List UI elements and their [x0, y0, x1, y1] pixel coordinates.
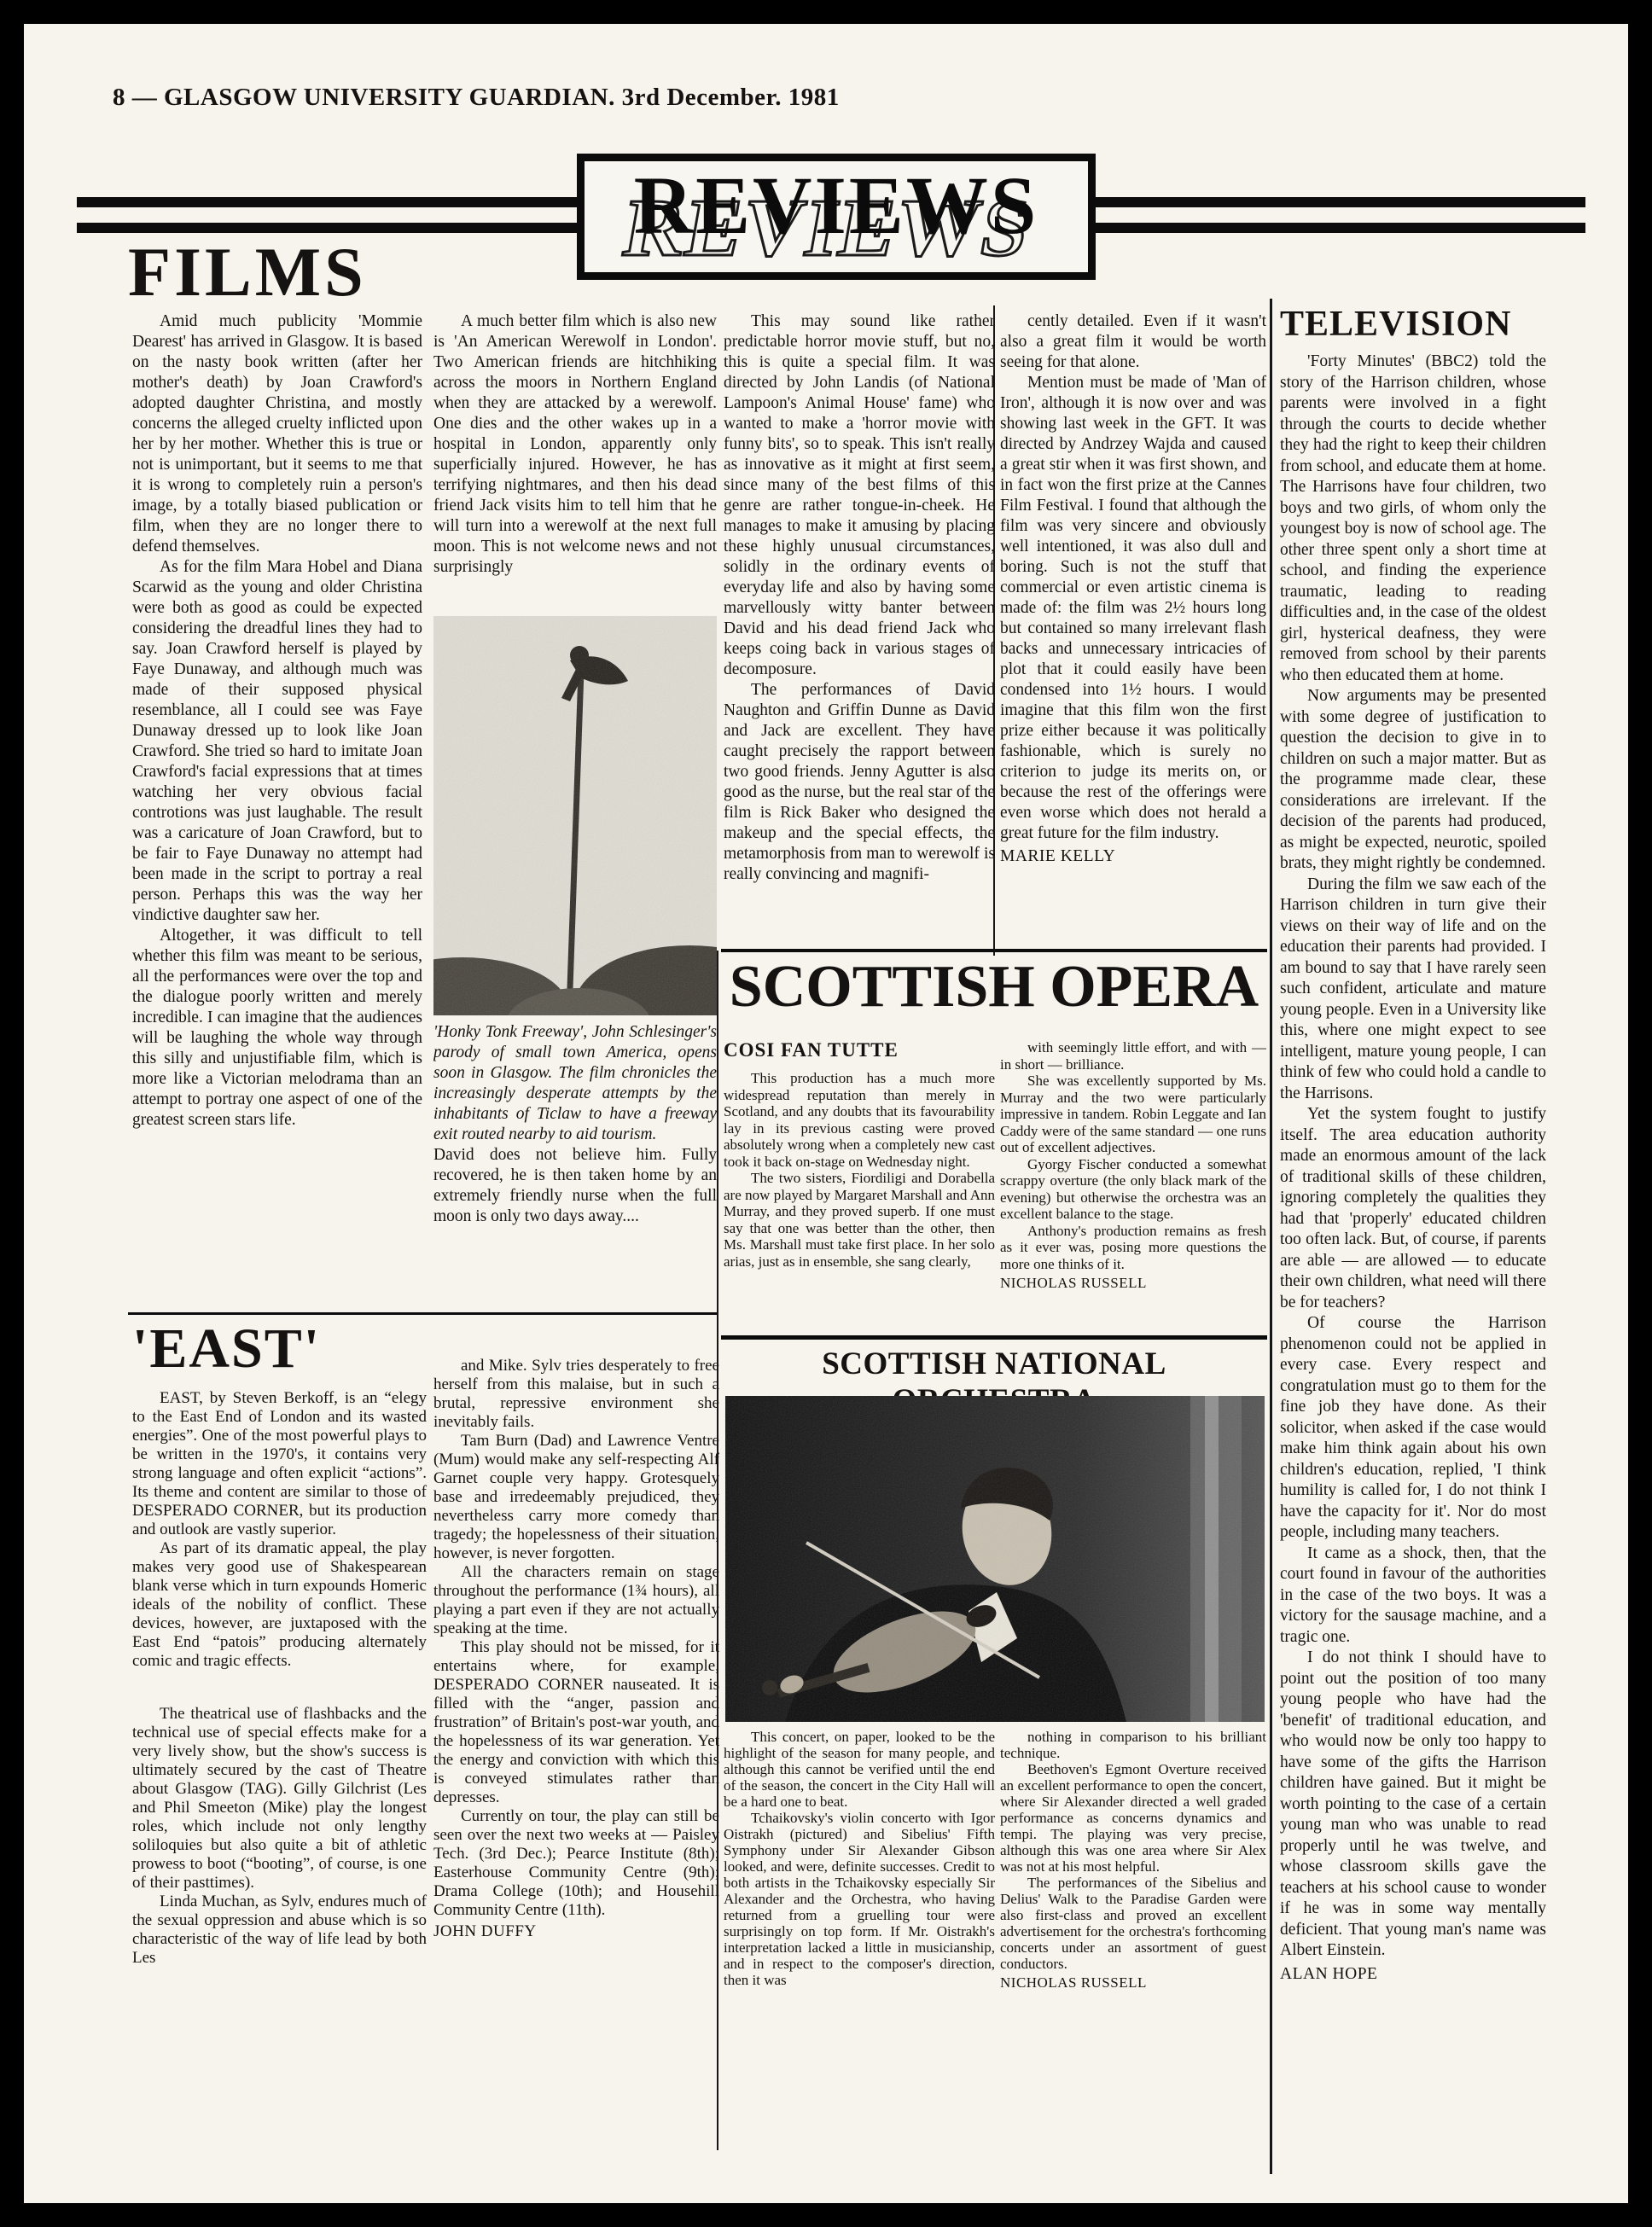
- paragraph: Tchaikovsky's violin concerto with Igor …: [724, 1810, 995, 1988]
- masthead-rule: [77, 197, 577, 207]
- opera-column-2: with seemingly little effort, and with —…: [1000, 1039, 1266, 1331]
- paragraph: The performances of the Sibelius and Del…: [1000, 1875, 1266, 1972]
- east-byline: JOHN DUFFY: [433, 1922, 719, 1941]
- paragraph: Now arguments may be presented with some…: [1280, 686, 1546, 875]
- paragraph: Yet the system fought to justify itself.…: [1280, 1104, 1546, 1313]
- masthead-rule: [77, 223, 577, 233]
- paragraph: This concert, on paper, looked to be the…: [724, 1729, 995, 1810]
- paragraph: Altogether, it was difficult to tell whe…: [132, 926, 422, 1131]
- paragraph: A much better film which is also new is …: [433, 311, 717, 578]
- films-column-4: cently detailed. Even if it wasn't also …: [1000, 311, 1266, 953]
- paragraph: Anthony's production remains as fresh as…: [1000, 1223, 1266, 1273]
- east-column-2: and Mike. Sylv tries desperately to free…: [433, 1357, 719, 2174]
- reviews-banner: REVIEWS REVIEWS: [577, 154, 1096, 280]
- paragraph: 'Honky Tonk Freeway', John Schlesinger's…: [433, 1022, 717, 1145]
- sno-byline: NICHOLAS RUSSELL: [1000, 1974, 1266, 1991]
- paragraph: Amid much publicity 'Mommie Dearest' has…: [132, 311, 422, 557]
- paragraph: She was excellently supported by Ms. Mur…: [1000, 1073, 1266, 1156]
- films-column-2-bottom: 'Honky Tonk Freeway', John Schlesinger's…: [433, 1022, 717, 1321]
- paragraph: cently detailed. Even if it wasn't also …: [1000, 311, 1266, 373]
- east-column-2-body: and Mike. Sylv tries desperately to free…: [433, 1357, 719, 1920]
- films-column-3: This may sound like rather predictable h…: [724, 311, 995, 953]
- opera-top-rule: [721, 949, 1267, 952]
- masthead-rule: [1096, 197, 1585, 207]
- television-section-title: TELEVISION: [1280, 305, 1546, 343]
- edition-line: 8 — GLASGOW UNIVERSITY GUARDIAN. 3rd Dec…: [113, 84, 840, 112]
- films-column-1: Amid much publicity 'Mommie Dearest' has…: [132, 311, 422, 1314]
- east-section-title: 'EAST': [132, 1321, 321, 1377]
- opera-column-2-body: with seemingly little effort, and with —…: [1000, 1039, 1266, 1272]
- television-body: 'Forty Minutes' (BBC2) told the story of…: [1280, 352, 1546, 1962]
- paragraph: EAST, by Steven Berkoff, is an “elegy to…: [132, 1389, 427, 1539]
- paragraph: As part of its dramatic appeal, the play…: [132, 1539, 427, 1671]
- paragraph: with seemingly little effort, and with —…: [1000, 1039, 1266, 1073]
- newspaper-page: 8 — GLASGOW UNIVERSITY GUARDIAN. 3rd Dec…: [24, 24, 1628, 2203]
- paragraph: Mention must be made of 'Man of Iron', a…: [1000, 373, 1266, 844]
- paragraph: It came as a shock, then, that the court…: [1280, 1544, 1546, 1648]
- paragraph: David does not believe him. Fully recove…: [433, 1145, 717, 1227]
- sno-column-2-body: nothing in comparison to his brilliant t…: [1000, 1729, 1266, 1972]
- films-column-2-top: A much better film which is also new is …: [433, 311, 717, 615]
- television-byline: ALAN HOPE: [1280, 1964, 1546, 1986]
- films-byline: MARIE KELLY: [1000, 846, 1266, 867]
- opera-byline: NICHOLAS RUSSELL: [1000, 1275, 1266, 1292]
- paragraph: The theatrical use of flashbacks and the…: [132, 1705, 427, 1893]
- films-column-4-body: cently detailed. Even if it wasn't also …: [1000, 311, 1266, 844]
- opera-column-1: This production has a much more widespre…: [724, 1070, 995, 1331]
- paragraph: As for the film Mara Hobel and Diana Sca…: [132, 557, 422, 926]
- paragraph: The two sisters, Fiordiligi and Dorabell…: [724, 1170, 995, 1270]
- paragraph: Linda Muchan, as Sylv, endures much of t…: [132, 1893, 427, 1968]
- east-column-1-top: EAST, by Steven Berkoff, is an “elegy to…: [132, 1389, 427, 1671]
- films-section-title: FILMS: [128, 237, 367, 307]
- sno-column-1: This concert, on paper, looked to be the…: [724, 1729, 995, 2172]
- paragraph: This may sound like rather predictable h…: [724, 311, 995, 680]
- paragraph: Of course the Harrison phenomenon could …: [1280, 1313, 1546, 1544]
- paragraph: This play should not be missed, for it e…: [433, 1638, 719, 1807]
- films-column-2-continuation: David does not believe him. Fully recove…: [433, 1145, 717, 1227]
- east-column-1: EAST, by Steven Berkoff, is an “elegy to…: [132, 1389, 427, 2174]
- paragraph: I do not think I should have to point ou…: [1280, 1648, 1546, 1962]
- paragraph: nothing in comparison to his brilliant t…: [1000, 1729, 1266, 1761]
- television-column: TELEVISION 'Forty Minutes' (BBC2) told t…: [1280, 305, 1546, 2174]
- paragraph: Tam Burn (Dad) and Lawrence Ventre (Mum)…: [433, 1432, 719, 1563]
- sno-column-2: nothing in comparison to his brilliant t…: [1000, 1729, 1266, 2172]
- igor-oistrakh-photo: [725, 1396, 1265, 1722]
- honky-tonk-freeway-photo: [433, 616, 717, 1015]
- paragraph: and Mike. Sylv tries desperately to free…: [433, 1357, 719, 1432]
- paragraph: During the film we saw each of the Harri…: [1280, 875, 1546, 1105]
- paragraph: Currently on tour, the play can still be…: [433, 1807, 719, 1920]
- east-column-1-bottom: The theatrical use of flashbacks and the…: [132, 1705, 427, 1968]
- paragraph: Beethoven's Egmont Overture received an …: [1000, 1761, 1266, 1875]
- east-top-rule: [128, 1312, 717, 1315]
- column-divider: [993, 305, 995, 956]
- paragraph: This production has a much more widespre…: [724, 1070, 995, 1170]
- honky-tonk-photo-caption: 'Honky Tonk Freeway', John Schlesinger's…: [433, 1022, 717, 1145]
- television-divider: [1270, 299, 1272, 2174]
- opera-section-title: SCOTTISH OPERA: [721, 957, 1267, 1017]
- paragraph: All the characters remain on stage throu…: [433, 1563, 719, 1638]
- paragraph: The performances of David Naughton and G…: [724, 680, 995, 885]
- masthead-rule: [1096, 223, 1585, 233]
- reviews-banner-text: REVIEWS: [585, 165, 1088, 247]
- paragraph: 'Forty Minutes' (BBC2) told the story of…: [1280, 352, 1546, 686]
- opera-subtitle: COSI FAN TUTTE: [724, 1039, 899, 1061]
- paragraph: Gyorgy Fischer conducted a somewhat scra…: [1000, 1156, 1266, 1223]
